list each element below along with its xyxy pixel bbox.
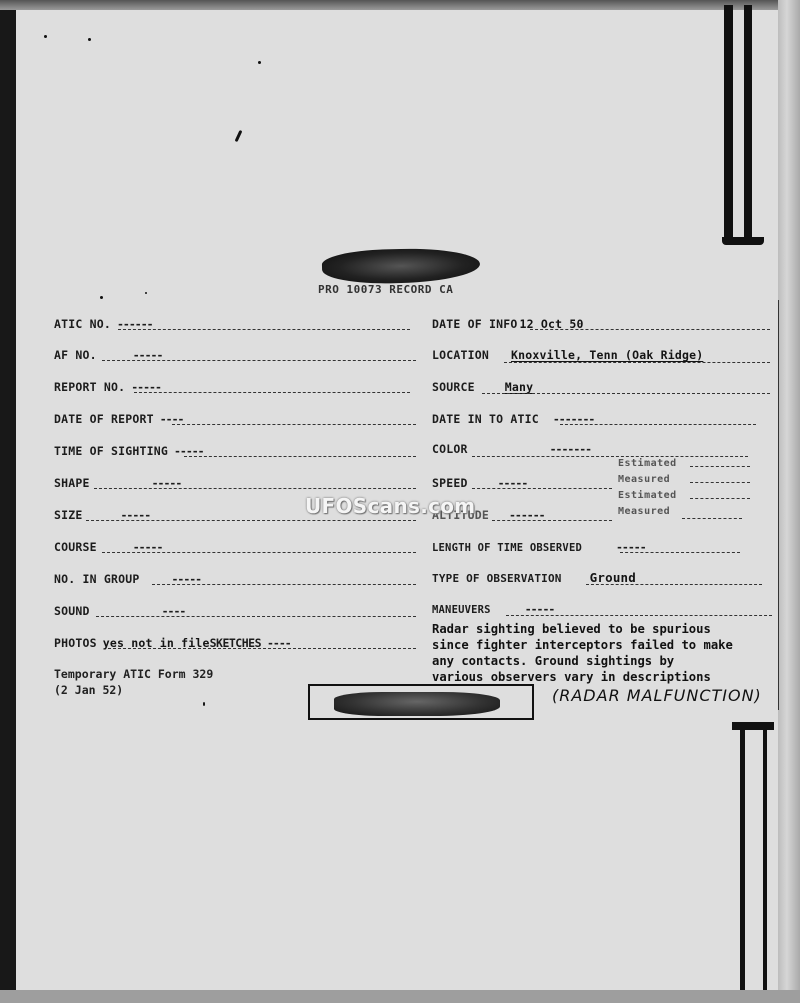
- field-line: [506, 615, 772, 616]
- field-label: SIZE: [54, 508, 83, 522]
- field-line: [472, 488, 612, 489]
- altitude-estimated-label: Estimated: [618, 490, 677, 501]
- card-edge-line: [778, 300, 779, 710]
- field-label: COURSE: [54, 540, 97, 554]
- field-line: [482, 393, 770, 394]
- field-line: [86, 520, 416, 521]
- field-source: SOURCEMany: [432, 380, 533, 394]
- binder-clip-top: [722, 5, 764, 247]
- field-label: SOUND: [54, 604, 90, 618]
- field-line: [94, 488, 416, 489]
- speck: [44, 35, 47, 38]
- field-maneuvers: MANEUVERS-----: [432, 602, 554, 616]
- field-label: SOURCE: [432, 380, 475, 394]
- scan-edge-right: [778, 0, 800, 1003]
- binder-clip-bottom: [732, 722, 774, 992]
- field-line: [690, 466, 750, 467]
- speck: [88, 38, 91, 41]
- field-label: SPEED: [432, 476, 468, 490]
- field-label: LOCATION: [432, 348, 489, 362]
- field-value: Many: [505, 380, 534, 394]
- field-line: [472, 456, 748, 457]
- field-line: [134, 392, 410, 393]
- redaction-mark-conclusion: [334, 692, 500, 716]
- field-label: COLOR: [432, 442, 468, 456]
- field-color: COLOR-------: [432, 442, 591, 456]
- field-label: TIME OF SIGHTING: [54, 444, 168, 458]
- field-length-of-time-observed: LENGTH OF TIME OBSERVED-----: [432, 540, 646, 554]
- field-label: DATE OF INFO: [432, 317, 517, 331]
- field-line: [530, 329, 770, 330]
- field-label: ATIC NO.: [54, 317, 111, 331]
- field-label: AF NO.: [54, 348, 97, 362]
- field-value: -------: [550, 442, 591, 456]
- comments-text: Radar sighting believed to be spurious s…: [432, 621, 772, 685]
- field-line: [102, 360, 416, 361]
- field-label: TYPE OF OBSERVATION: [432, 572, 562, 585]
- form-id: Temporary ATIC Form 329 (2 Jan 52): [54, 666, 213, 698]
- scan-edge-bottom: [0, 990, 800, 1003]
- field-value: Knoxville, Tenn (Oak Ridge): [511, 348, 703, 362]
- speed-estimated-label: Estimated: [618, 458, 677, 469]
- field-line: [102, 552, 416, 553]
- field-type-of-observation: TYPE OF OBSERVATIONGround: [432, 570, 636, 585]
- field-line: [118, 329, 410, 330]
- card-title: PRO 10073 RECORD CA: [318, 283, 453, 296]
- conclusion-box: [308, 684, 534, 720]
- watermark: UFOScans.com: [305, 494, 475, 518]
- field-line: [620, 552, 740, 553]
- field-label: DATE IN TO ATIC: [432, 412, 539, 426]
- field-label: SHAPE: [54, 476, 90, 490]
- field-line: [586, 584, 762, 585]
- field-label: LENGTH OF TIME OBSERVED: [432, 542, 582, 554]
- field-label: PHOTOS: [54, 636, 97, 650]
- field-line: [682, 518, 742, 519]
- field-line: [504, 362, 770, 363]
- altitude-measured-label: Measured: [618, 506, 670, 517]
- scan-edge-top: [0, 0, 800, 10]
- field-location: LOCATIONKnoxville, Tenn (Oak Ridge): [432, 348, 703, 362]
- speck: [203, 702, 205, 706]
- field-line: [96, 616, 416, 617]
- field-line: [492, 520, 612, 521]
- field-value: -----: [525, 602, 555, 616]
- field-label: NO. IN GROUP: [54, 572, 139, 586]
- field-line: [152, 584, 416, 585]
- field-label: MANEUVERS: [432, 604, 491, 616]
- speed-measured-label: Measured: [618, 474, 670, 485]
- scan-edge-left: [0, 10, 16, 1003]
- speck: [258, 61, 261, 64]
- field-label: REPORT NO.: [54, 380, 125, 394]
- field-line: [172, 424, 416, 425]
- speck: [145, 292, 147, 294]
- speck: [100, 296, 103, 299]
- handwritten-note: (RADAR MALFUNCTION): [552, 686, 762, 705]
- field-value: Ground: [590, 570, 636, 585]
- field-line: [690, 498, 750, 499]
- field-date-of-report: DATE OF REPORT----: [54, 412, 183, 426]
- field-line: [184, 456, 416, 457]
- field-label: DATE OF REPORT: [54, 412, 154, 426]
- field-time-of-sighting: TIME OF SIGHTING-----: [54, 444, 204, 458]
- field-line: [690, 482, 750, 483]
- field-line: [108, 648, 416, 649]
- field-line: [560, 424, 756, 425]
